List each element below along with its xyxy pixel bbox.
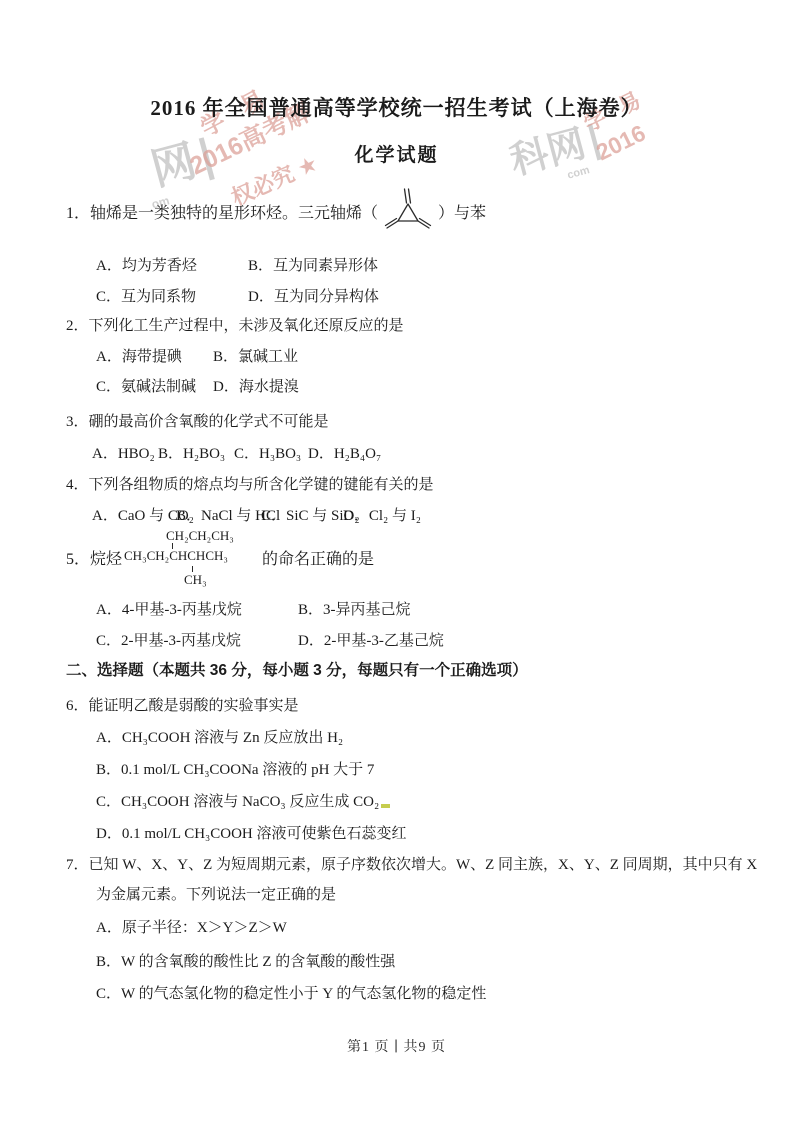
q2-option-a: A．海带提碘 (96, 348, 182, 367)
question-7-stem-line1: 7．已知 W、X、Y、Z 为短周期元素，原子序数依次增大。W、Z 同主族，X、Y… (66, 856, 757, 875)
q3-option-d: D．H₂B₄O₇ (308, 445, 381, 464)
formula-propyl-branch: CH₂CH₂CH₃ (166, 529, 234, 542)
highlight-mark (381, 804, 390, 808)
page-title: 2016 年全国普通高等学校统一招生考试（上海卷） (0, 95, 793, 121)
q6-option-a: A．CH₃COOH 溶液与 Zn 反应放出 H₂ (96, 729, 343, 748)
question-6-stem: 6．能证明乙酸是弱酸的实验事实是 (66, 697, 299, 716)
section-2-header: 二、选择题（本题共 36 分，每小题 3 分，每题只有一个正确选项） (66, 661, 528, 680)
q1-option-c: C．互为同系物 (96, 288, 196, 307)
q1-stem-post: ）与苯 (438, 200, 486, 223)
q3-option-c: C．H₃BO₃ (234, 445, 301, 464)
question-4-stem: 4．下列各组物质的熔点均与所含化学键的键能有关的是 (66, 476, 434, 495)
q6-option-b: B．0.1 mol/L CH₃COONa 溶液的 pH 大于 7 (96, 761, 374, 780)
q5-stem-pre: 5．烷烃 (66, 546, 122, 569)
q6-option-c-text: C．CH₃COOH 溶液与 NaCO₃ 反应生成 CO₂ (96, 794, 379, 810)
formula-methyl-branch: CH₃ (184, 573, 207, 586)
q5-option-c: C．2-甲基-3-丙基戊烷 (96, 632, 241, 651)
q2-option-c: C．氨碱法制碱 (96, 378, 196, 397)
q2-option-d: D．海水提溴 (213, 378, 299, 397)
q1-option-b: B．互为同素异形体 (248, 257, 378, 276)
q7-option-b: B．W 的含氧酸的酸性比 Z 的含氧酸的酸性强 (96, 953, 395, 972)
q1-option-d: D．互为同分异构体 (248, 288, 379, 307)
exam-page: 网∣ om 学 易 2016高考解 权必究 ★ 科网∣ com 学 易 2016… (0, 0, 793, 1122)
question-1-stem: 1．轴烯是一类独特的星形环烃。三元轴烯（ ）与苯 (66, 186, 486, 236)
page-footer: 第1 页 ∣ 共9 页 (0, 1039, 793, 1057)
alkane-condensed-formula: CH₂CH₂CH₃ CH₃CH₂CHCHCH₃ CH₃ (124, 529, 238, 585)
q4-option-d: D．Cl₂ 与 I₂ (343, 507, 421, 526)
q3-option-b: B．H₂BO₃ (158, 445, 225, 464)
question-3-stem: 3．硼的最高价含氧酸的化学式不可能是 (66, 413, 329, 432)
q1-option-a: A．均为芳香烃 (96, 257, 197, 276)
radialene-structure-icon (383, 188, 433, 234)
q2-option-b: B．氯碱工业 (213, 348, 298, 367)
q3-option-a: A．HBO₂ (92, 445, 155, 464)
q6-option-c: C．CH₃COOH 溶液与 NaCO₃ 反应生成 CO₂ (96, 793, 390, 812)
q7-option-a: A．原子半径：X＞Y＞Z＞W (96, 919, 287, 938)
q5-stem-post: 的命名正确的是 (262, 546, 374, 569)
formula-main-chain: CH₃CH₂CHCHCH₃ (124, 549, 228, 562)
q5-option-b: B．3-异丙基己烷 (298, 601, 411, 620)
q5-option-d: D．2-甲基-3-乙基己烷 (298, 632, 444, 651)
question-7-stem-line2: 为金属元素。下列说法一定正确的是 (96, 886, 336, 905)
q7-option-c: C．W 的气态氢化物的稳定性小于 Y 的气态氢化物的稳定性 (96, 985, 486, 1004)
q1-stem-pre: 1．轴烯是一类独特的星形环烃。三元轴烯（ (66, 200, 378, 223)
page-subtitle: 化学试题 (0, 144, 793, 168)
q6-option-d: D．0.1 mol/L CH₃COOH 溶液可使紫色石蕊变红 (96, 825, 407, 844)
question-5-stem: 5．烷烃 CH₂CH₂CH₃ CH₃CH₂CHCHCH₃ CH₃ 的命名正确的是 (66, 528, 374, 586)
q5-option-a: A．4-甲基-3-丙基戊烷 (96, 601, 242, 620)
question-2-stem: 2．下列化工生产过程中，未涉及氧化还原反应的是 (66, 317, 404, 336)
